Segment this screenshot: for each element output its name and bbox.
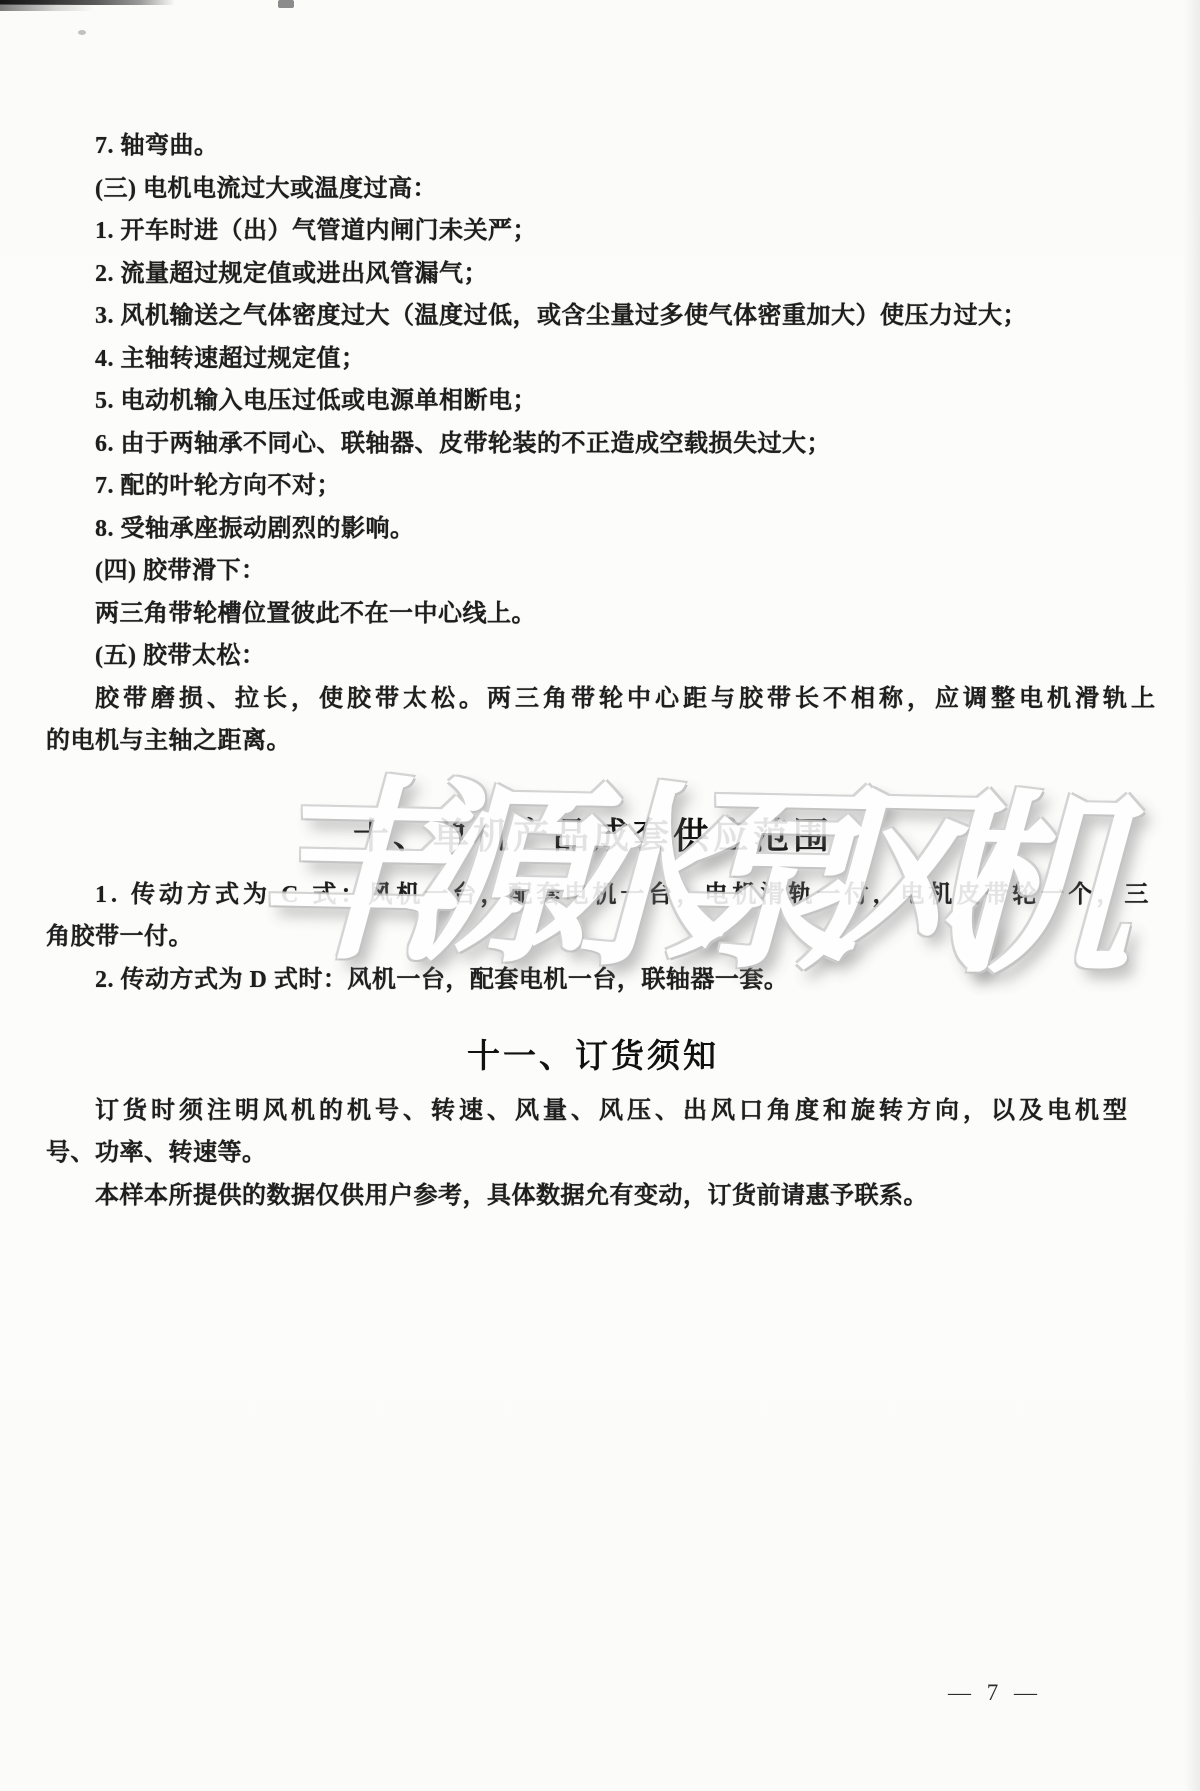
- fault-subsection-heading: (三) 电机电流过大或温度过高：: [95, 174, 437, 204]
- fault-item-line: 4. 主轴转速超过规定值；: [95, 344, 366, 374]
- document-body: 7. 轴弯曲。 (三) 电机电流过大或温度过高： 1. 开车时进（出）气管道内闸…: [0, 0, 1200, 1791]
- scanned-document-page: 7. 轴弯曲。 (三) 电机电流过大或温度过高： 1. 开车时进（出）气管道内闸…: [0, 0, 1200, 1791]
- paragraph-line: 角胶带一付。: [46, 922, 193, 952]
- paragraph-line: 的电机与主轴之距离。: [46, 726, 291, 756]
- fault-item-line: 2. 流量超过规定值或进出风管漏气；: [95, 259, 488, 289]
- fault-item-line: 6. 由于两轴承不同心、联轴器、皮带轮装的不正造成空载损失过大；: [95, 429, 831, 459]
- paragraph-line: 本样本所提供的数据仅供用户参考，具体数据允有变动，订货前请惠予联系。: [95, 1181, 928, 1211]
- paragraph-line: 号、功率、转速等。: [46, 1138, 267, 1168]
- fault-item-line: 7. 轴弯曲。: [95, 131, 219, 161]
- paragraph-line: 1. 传动方式为 C 式：风机一台，配套电机一台，电机滑轨一付，电机皮带轮一个，…: [95, 880, 1152, 910]
- fault-item-line: 两三角带轮槽位置彼此不在一中心线上。: [95, 599, 536, 629]
- fault-item-line: 3. 风机输送之气体密度过大（温度过低，或含尘量过多使气体密重加大）使压力过大；: [95, 301, 1027, 331]
- section-heading-supply: 十、单机产品成套供应范围: [46, 808, 1140, 859]
- paragraph-line: 订货时须注明风机的机号、转速、风量、风压、出风口角度和旋转方向，以及电机型: [95, 1096, 1131, 1126]
- paragraph-line: 胶带磨损、拉长，使胶带太松。两三角带轮中心距与胶带长不相称，应调整电机滑轨上: [95, 684, 1159, 714]
- fault-subsection-heading: (五) 胶带太松：: [95, 641, 265, 671]
- fault-subsection-heading: (四) 胶带滑下：: [95, 556, 265, 586]
- fault-item-line: 8. 受轴承座振动剧烈的影响。: [95, 514, 415, 544]
- fault-item-line: 5. 电动机输入电压过低或电源单相断电；: [95, 386, 537, 416]
- paragraph-line: 2. 传动方式为 D 式时：风机一台，配套电机一台，联轴器一套。: [95, 965, 788, 995]
- fault-item-line: 1. 开车时进（出）气管道内闸门未关严；: [95, 216, 537, 246]
- section-heading-ordering: 十一、订货须知: [46, 1030, 1140, 1077]
- fault-item-line: 7. 配的叶轮方向不对；: [95, 471, 341, 501]
